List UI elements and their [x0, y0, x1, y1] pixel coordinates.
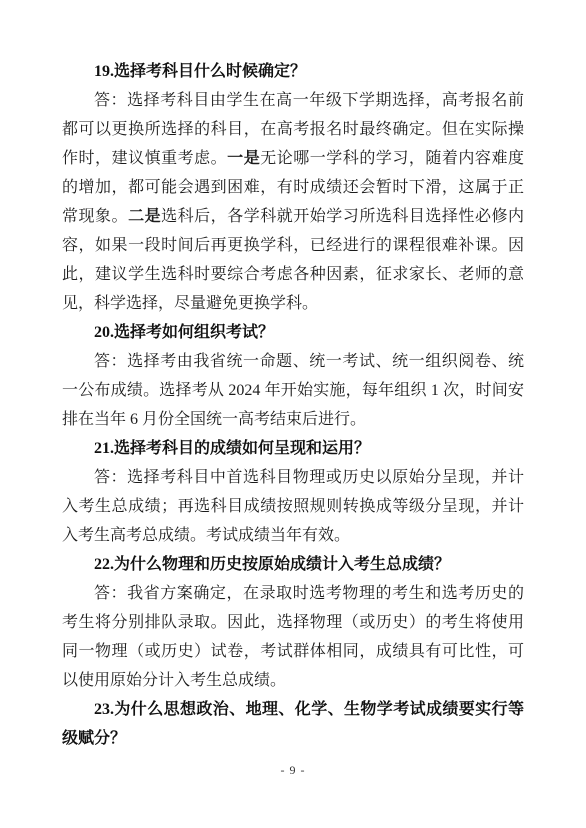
question-paragraph: 21.选择考科目的成绩如何呈现和运用？: [62, 434, 524, 463]
question-paragraph: 19.选择考科目什么时候确定？: [62, 57, 524, 86]
text-segment: 答：选择考科目中首选科目物理或历史以原始分呈现，并计入考生总成绩；再选科目成绩按…: [62, 469, 524, 544]
page-number: - 9 -: [281, 763, 306, 777]
text-segment: 22.为什么物理和历史按原始成绩计入考生总成绩？: [94, 556, 450, 573]
question-paragraph: 23.为什么思想政治、地理、化学、生物学考试成绩要实行等级赋分？: [62, 695, 524, 753]
text-segment: 23.为什么思想政治、地理、化学、生物学考试成绩要实行等级赋分？: [62, 701, 524, 747]
text-segment: 一是: [227, 150, 260, 167]
text-segment: 答：我省方案确定，在录取时选考物理的考生和选考历史的考生将分别排队录取。因此，选…: [62, 585, 524, 689]
text-segment: 19.选择考科目什么时候确定？: [94, 63, 306, 80]
answer-paragraph: 答：选择考由我省统一命题、统一考试、统一组织阅卷、统一公布成绩。选择考从 202…: [62, 347, 524, 434]
page-footer: - 9 -: [0, 761, 586, 779]
text-segment: 21.选择考科目的成绩如何呈现和运用？: [94, 440, 370, 457]
document-page: 19.选择考科目什么时候确定？答：选择考科目由学生在高一年级下学期选择，高考报名…: [0, 0, 586, 828]
text-segment: 答：选择考由我省统一命题、统一考试、统一组织阅卷、统一公布成绩。选择考从 202…: [62, 353, 524, 428]
answer-paragraph: 答：选择考科目中首选科目物理或历史以原始分呈现，并计入考生总成绩；再选科目成绩按…: [62, 463, 524, 550]
question-paragraph: 20.选择考如何组织考试？: [62, 318, 524, 347]
answer-paragraph: 答：我省方案确定，在录取时选考物理的考生和选考历史的考生将分别排队录取。因此，选…: [62, 579, 524, 695]
text-segment: 二是: [128, 208, 161, 225]
question-paragraph: 22.为什么物理和历史按原始成绩计入考生总成绩？: [62, 550, 524, 579]
document-body: 19.选择考科目什么时候确定？答：选择考科目由学生在高一年级下学期选择，高考报名…: [62, 57, 524, 753]
text-segment: 20.选择考如何组织考试？: [94, 324, 274, 341]
answer-paragraph: 答：选择考科目由学生在高一年级下学期选择，高考报名前都可以更换所选择的科目，在高…: [62, 86, 524, 318]
